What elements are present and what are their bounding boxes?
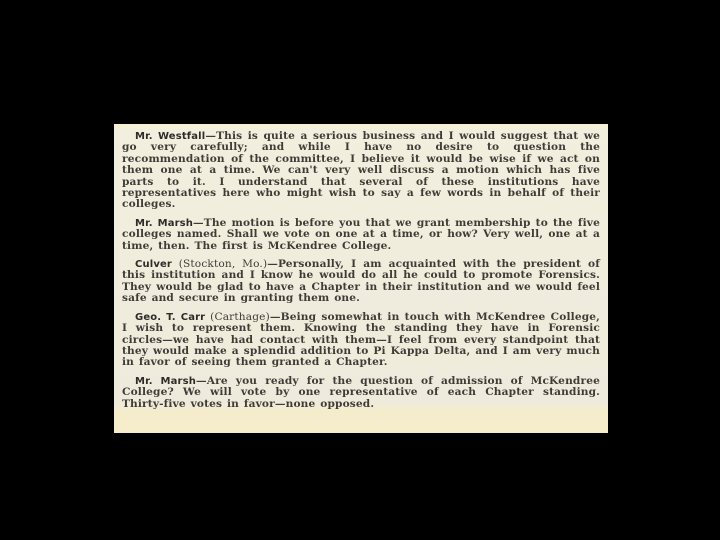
paragraph-text: —The motion is before you that we grant … xyxy=(122,217,600,252)
speaker-affiliation: (Stockton, Mo.) xyxy=(172,258,267,270)
speaker-name: Mr. Westfall xyxy=(135,131,205,142)
paragraph-marsh-2: Mr. Marsh—Are you ready for the question… xyxy=(122,376,600,410)
speaker-name: Culver xyxy=(135,259,172,270)
paragraph-text: —This is quite a serious business and I … xyxy=(122,130,600,210)
paragraph-westfall: Mr. Westfall—This is quite a serious bus… xyxy=(122,131,600,211)
speaker-name: Geo. T. Carr xyxy=(135,312,205,323)
paragraph-marsh-1: Mr. Marsh—The motion is before you that … xyxy=(122,218,600,252)
paragraph-culver: Culver (Stockton, Mo.)—Personally, I am … xyxy=(122,259,600,305)
speaker-affiliation: (Carthage) xyxy=(205,311,270,323)
document-page: Mr. Westfall—This is quite a serious bus… xyxy=(114,124,608,433)
speaker-name: Mr. Marsh xyxy=(135,218,193,229)
speaker-name: Mr. Marsh xyxy=(135,376,196,387)
paragraph-carr: Geo. T. Carr (Carthage)—Being somewhat i… xyxy=(122,312,600,369)
